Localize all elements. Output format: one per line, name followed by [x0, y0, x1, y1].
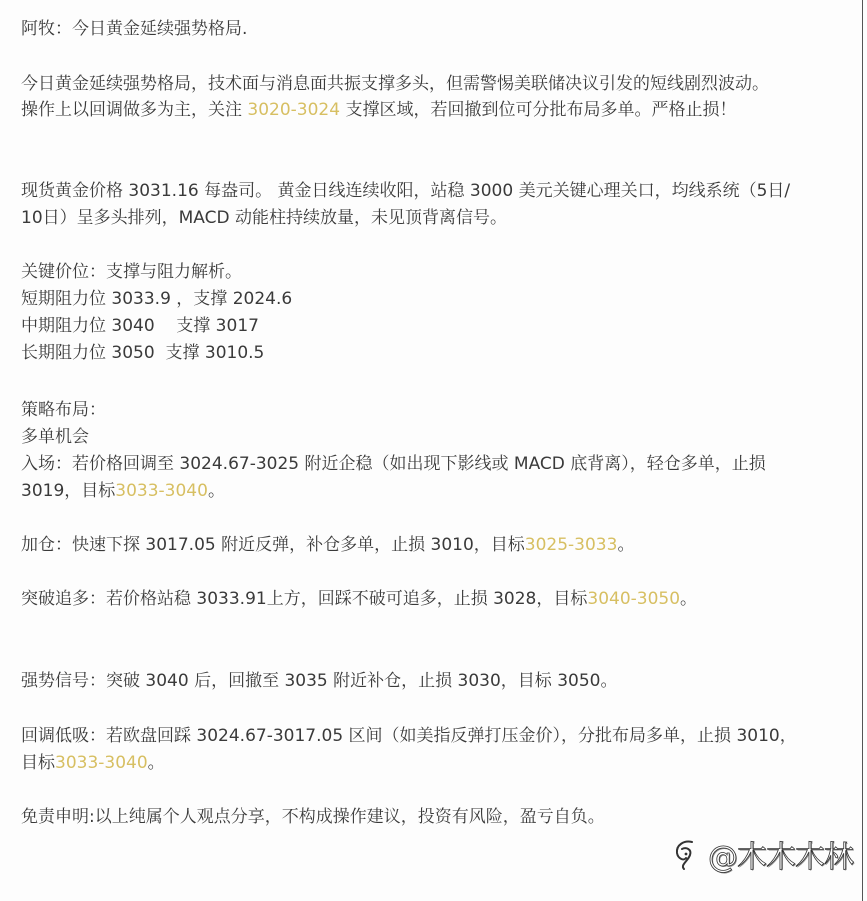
support-zone-highlight: 3020-3024 — [247, 100, 340, 120]
market-line-2: 10日）呈多头排列，MACD 动能柱持续放量，未见顶背离信号。 — [21, 205, 507, 231]
entry-line-2-prefix: 3019，目标 — [21, 481, 115, 501]
entry-line-1: 入场：若价格回调至 3024.67-3025 附近企稳（如出现下影线或 MACD… — [21, 451, 766, 477]
dip-line-2-suffix: 。 — [148, 753, 165, 773]
add-prefix: 加仓：快速下探 3017.05 附近反弹，补仓多单，止损 3010，目标 — [21, 535, 525, 555]
page-right-border — [862, 0, 867, 901]
author-watermark: @木木木林 — [672, 836, 853, 872]
entry-line-2: 3019，目标3033-3040。 — [21, 478, 225, 504]
breakout-target-highlight: 3040-3050 — [587, 589, 680, 609]
strategy-subheading: 多单机会 — [21, 424, 89, 450]
strategy-heading: 策略布局： — [21, 397, 106, 423]
dip-line-2-prefix: 目标 — [21, 753, 55, 773]
breakout-prefix: 突破追多：若价格站稳 3033.91上方，回踩不破可追多，止损 3028，目标 — [21, 589, 587, 609]
market-line-1: 现货黄金价格 3031.16 每盎司。 黄金日线连续收阳，站稳 3000 美元关… — [21, 178, 790, 204]
document-page: 阿牧：今日黄金延续强势格局. 今日黄金延续强势格局，技术面与消息面共振支撑多头，… — [0, 0, 862, 901]
breakout-line: 突破追多：若价格站稳 3033.91上方，回踩不破可追多，止损 3028，目标3… — [21, 586, 697, 612]
intro-line-1: 今日黄金延续强势格局，技术面与消息面共振支撑多头，但需警惕美联储决议引发的短线剧… — [21, 71, 769, 97]
watermark-text: @木木木林 — [708, 832, 853, 876]
key-levels-heading: 关键价位：支撑与阻力解析。 — [21, 259, 242, 285]
add-target-highlight: 3025-3033 — [525, 535, 618, 555]
intro-line-2: 操作上以回调做多为主，关注 3020-3024 支撑区域，若回撤到位可分批布局多… — [21, 97, 736, 123]
dip-buy-line-2: 目标3033-3040。 — [21, 750, 165, 776]
entry-target-highlight: 3033-3040 — [115, 481, 208, 501]
add-suffix: 。 — [617, 535, 634, 555]
dip-target-highlight: 3033-3040 — [55, 753, 148, 773]
strong-signal-line: 强势信号：突破 3040 后，回撤至 3035 附近补仓，止损 3030，目标 … — [21, 668, 617, 694]
key-level-short: 短期阻力位 3033.9 ，支撑 2024.6 — [21, 286, 292, 312]
disclaimer: 免责申明:以上纯属个人观点分享，不构成操作建议，投资有风险，盈亏自负。 — [21, 804, 605, 830]
key-level-mid: 中期阻力位 3040 支撑 3017 — [21, 313, 259, 339]
toutiao-logo-icon — [672, 837, 702, 871]
key-level-long: 长期阻力位 3050 支撑 3010.5 — [21, 340, 264, 366]
intro-line-2-suffix: 支撑区域，若回撤到位可分批布局多单。严格止损！ — [345, 100, 736, 120]
entry-line-2-suffix: 。 — [208, 481, 225, 501]
intro-line-2-prefix: 操作上以回调做多为主，关注 — [21, 100, 242, 120]
breakout-suffix: 。 — [680, 589, 697, 609]
add-position-line: 加仓：快速下探 3017.05 附近反弹，补仓多单，止损 3010，目标3025… — [21, 532, 634, 558]
document-title: 阿牧：今日黄金延续强势格局. — [21, 16, 247, 42]
dip-buy-line-1: 回调低吸：若欧盘回踩 3024.67-3017.05 区间（如美指反弹打压金价）… — [21, 723, 797, 749]
